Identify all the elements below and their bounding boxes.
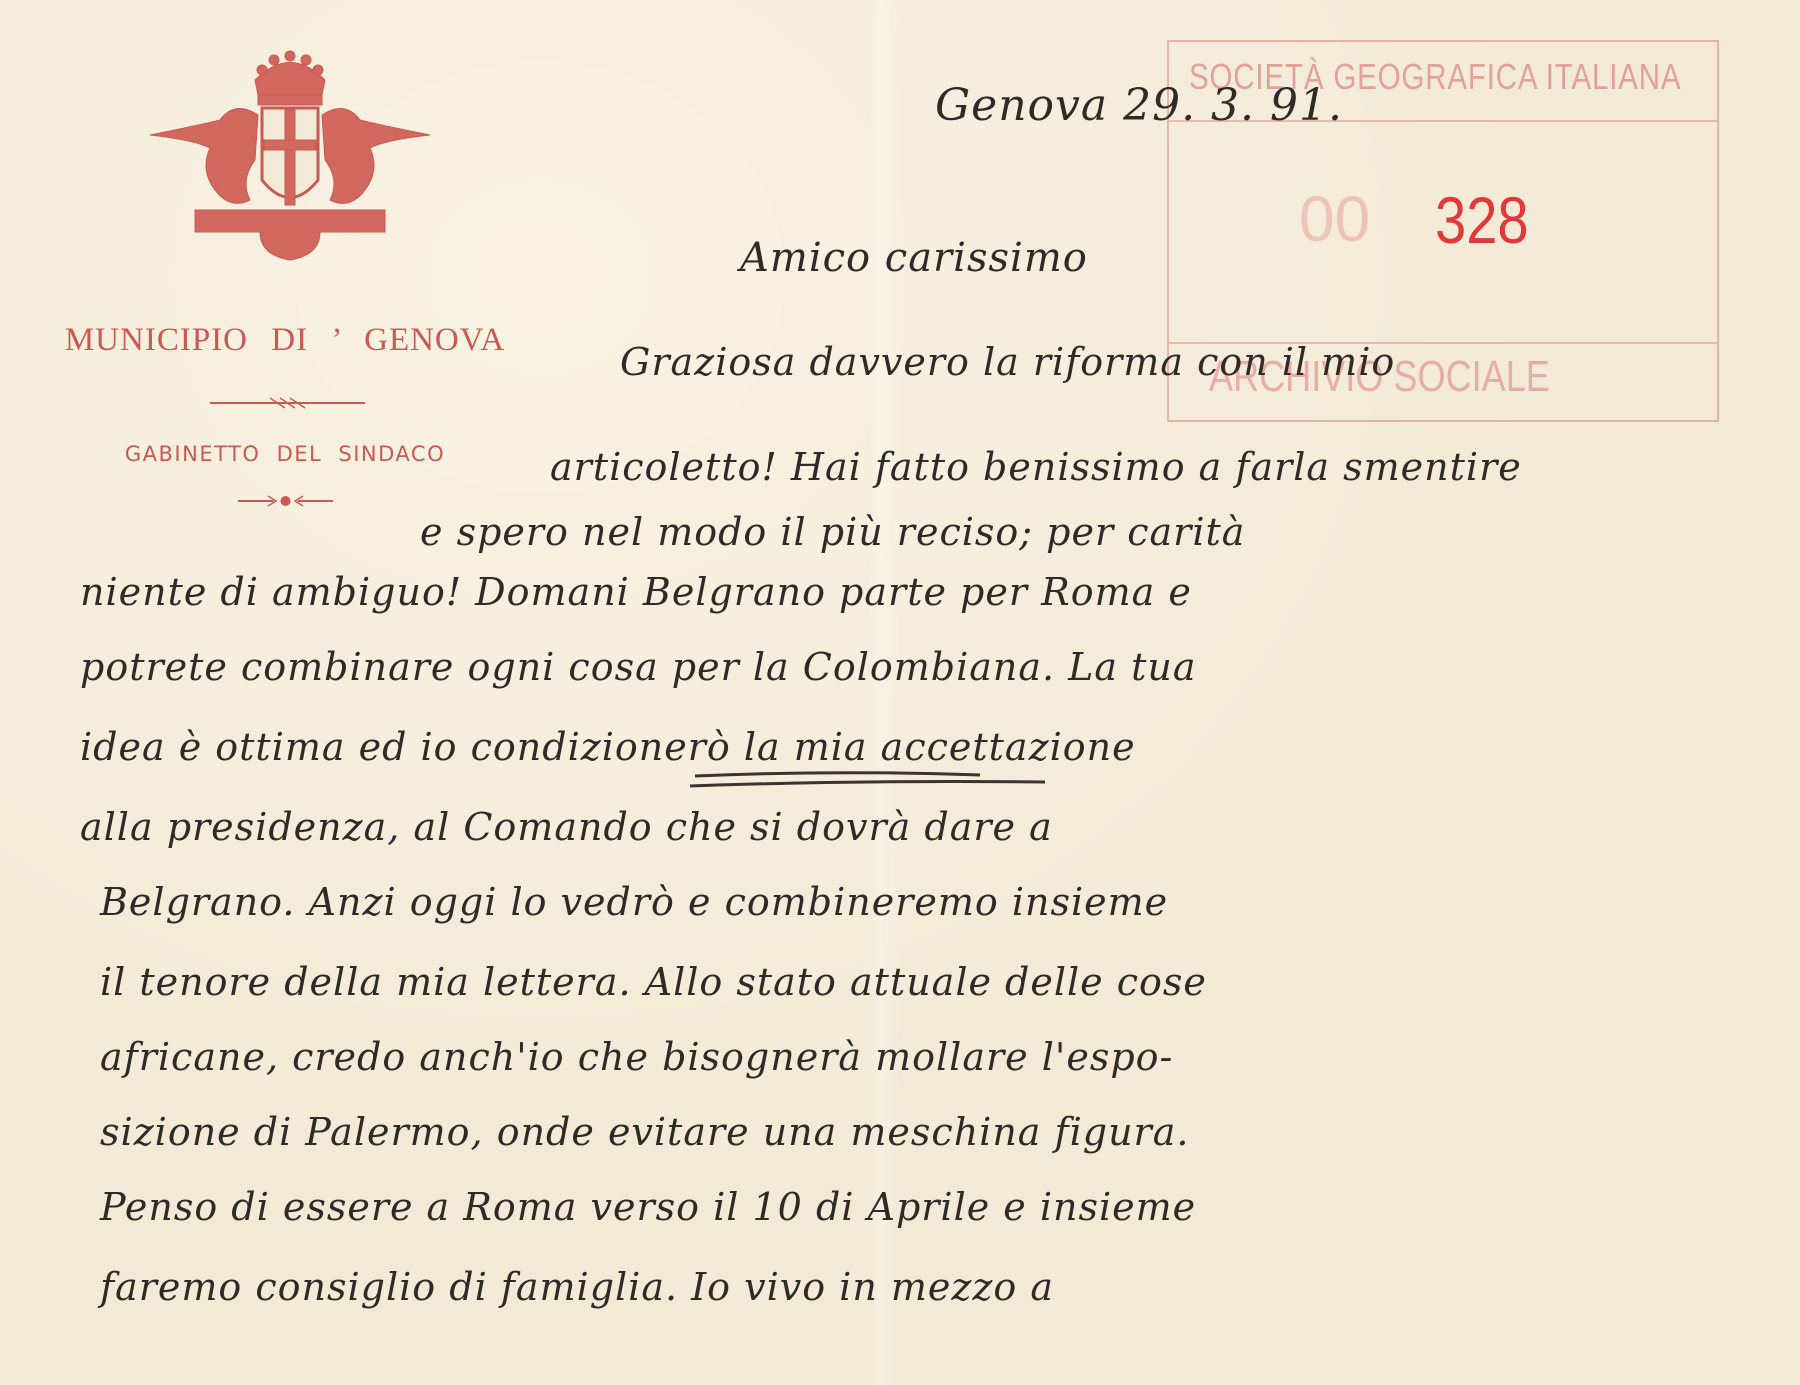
ornamental-rule-icon xyxy=(210,395,365,411)
letterhead-title: MUNICIPIO DI ’ GENOVA xyxy=(40,322,530,359)
letter-line: articoletto! Hai fatto benissimo a farla… xyxy=(550,445,1522,489)
letter-line: faremo consiglio di famiglia. Io vivo in… xyxy=(100,1265,1054,1309)
letter-line: potrete combinare ogni cosa per la Colom… xyxy=(80,645,1197,689)
letterhead-subtitle: GABINETTO DEL SINDACO xyxy=(80,442,490,466)
letter-line: africane, credo anch'io che bisognerà mo… xyxy=(100,1035,1173,1079)
letter-line: Graziosa davvero la riforma con il mio xyxy=(620,340,1395,384)
ornament-star-icon xyxy=(238,492,333,510)
genoa-coat-of-arms-icon xyxy=(140,40,440,270)
letter-line: Penso di essere a Roma verso il 10 di Ap… xyxy=(100,1185,1196,1229)
letter-line: Belgrano. Anzi oggi lo vedrò e combinere… xyxy=(100,880,1168,924)
salutation: Amico carissimo xyxy=(740,235,1088,281)
letter-line: alla presidenza, al Comando che si dovrà… xyxy=(80,805,1053,849)
letter-line: sizione di Palermo, onde evitare una mes… xyxy=(100,1110,1189,1154)
stamp-number: 328 xyxy=(1435,182,1529,258)
letter-line: e spero nel modo il più reciso; per cari… xyxy=(420,510,1245,554)
double-underline-mark xyxy=(690,770,1050,790)
letter-line: niente di ambiguo! Domani Belgrano parte… xyxy=(80,570,1192,614)
place-date: Genova 29. 3. 91. xyxy=(935,80,1343,131)
stamp-number-prefix: 00 xyxy=(1299,182,1370,256)
letter-line: il tenore della mia lettera. Allo stato … xyxy=(100,960,1207,1004)
letter-line: idea è ottima ed io condizionerò la mia … xyxy=(80,725,1136,769)
